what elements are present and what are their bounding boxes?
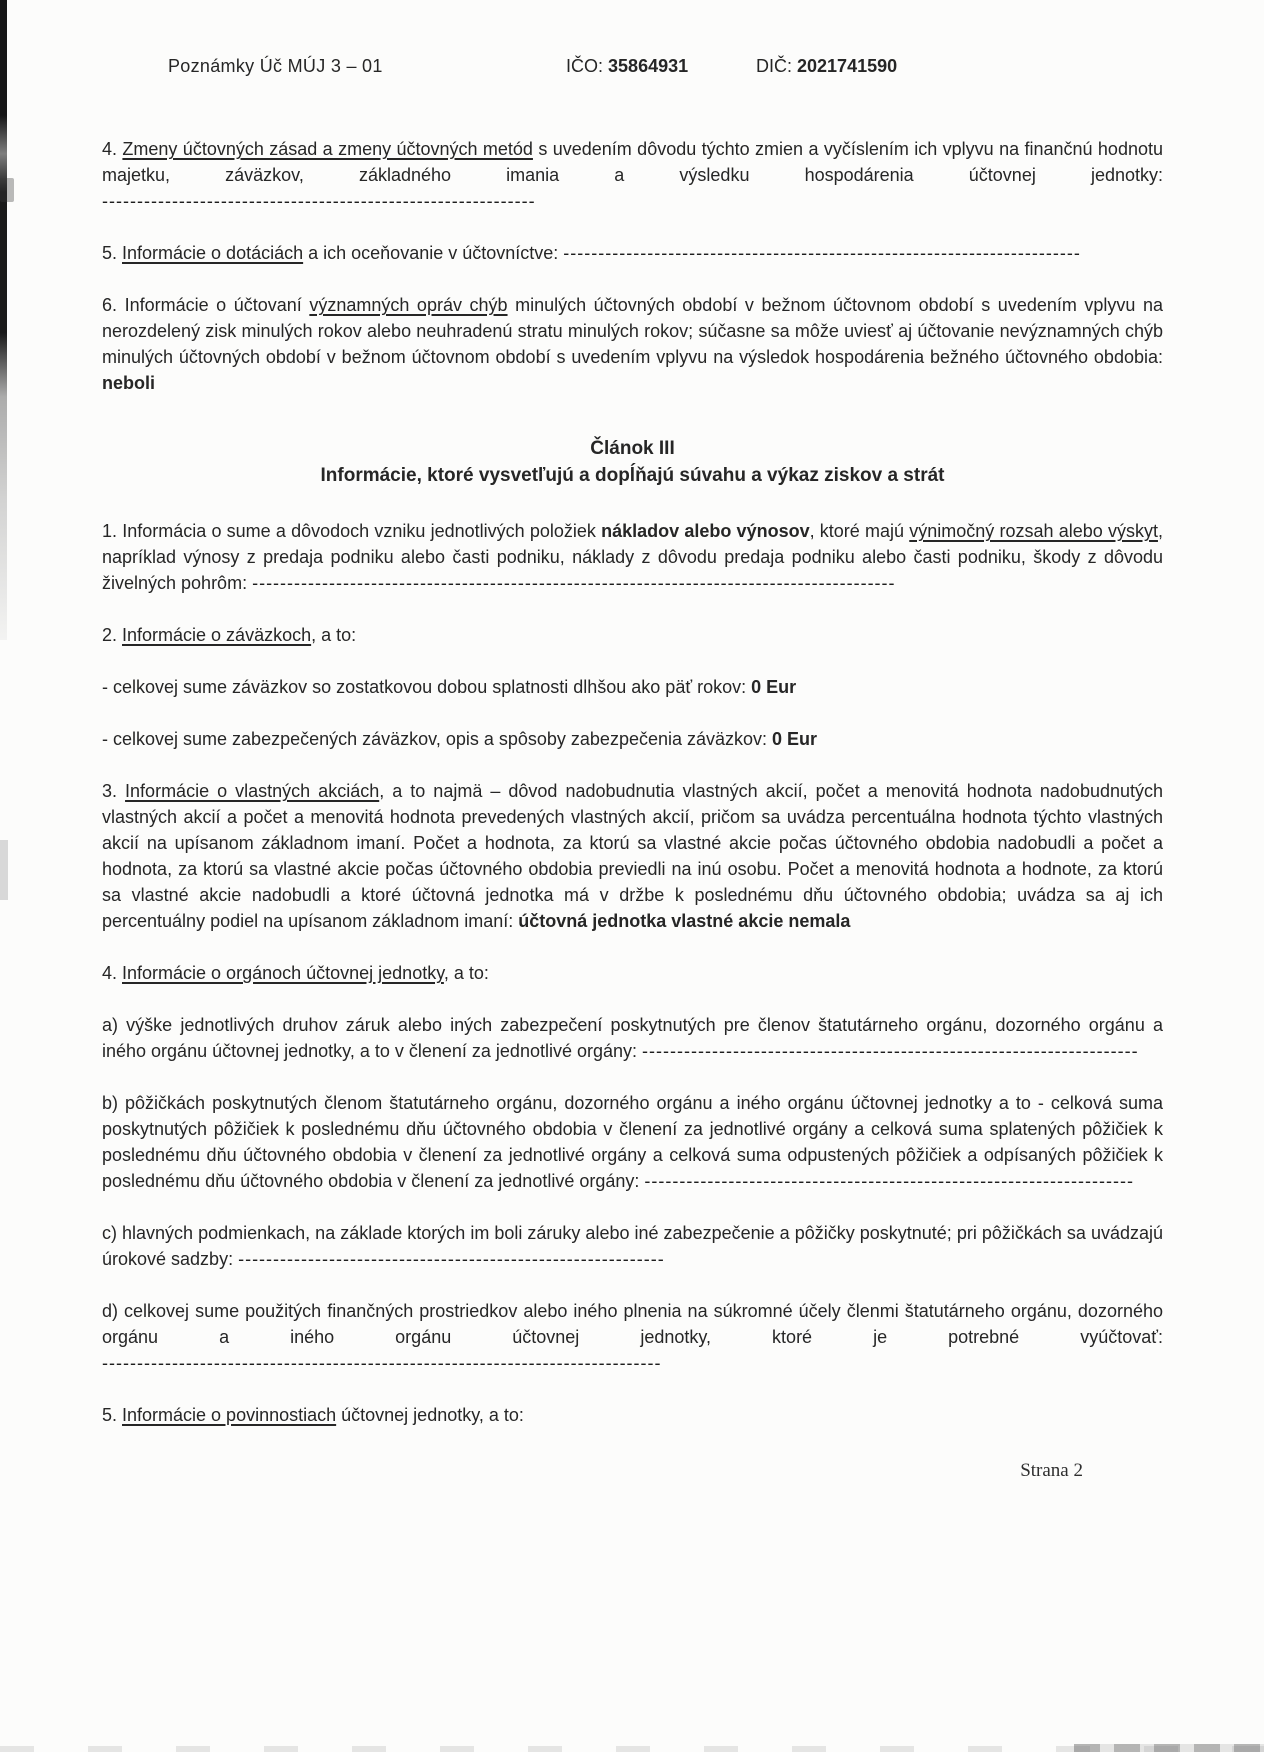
item-4-text: , a to: (444, 963, 489, 983)
article3-item-3: 3. Informácie o vlastných akciách, a to … (102, 778, 1163, 934)
item-2-title: Informácie o záväzkoch (122, 625, 311, 645)
dic-value: 2021741590 (797, 56, 897, 76)
dash-filler: ----------------------------------------… (238, 1249, 665, 1269)
item-1-underlined: výnimočný rozsah alebo výskyt (909, 521, 1158, 541)
bullet-2-text: - celkovej sume zabezpečených záväzkov, … (102, 729, 772, 749)
article3-item-5: 5. Informácie o povinnostiach účtovnej j… (102, 1402, 1163, 1428)
article3-item-4b: b) pôžičkách poskytnutých členom štatutá… (102, 1090, 1163, 1194)
item-number: 2. (102, 625, 122, 645)
note-item-5: 5. Informácie o dotáciách a ich oceňovan… (102, 240, 1163, 266)
document-content: Poznámky Úč MÚJ 3 – 01 IČO: 35864931 DIČ… (0, 0, 1264, 1484)
note-item-6-pre: Informácie o účtovaní (125, 295, 310, 315)
note-item-5-text: a ich oceňovanie v účtovníctve: (303, 243, 563, 263)
ico-field: IČO: 35864931 (566, 56, 688, 77)
item-1-text-2: , ktoré majú (810, 521, 910, 541)
item-3-title: Informácie o vlastných akciách (125, 781, 379, 801)
item-number: 4. (102, 963, 122, 983)
item-number: 5. (102, 1405, 122, 1425)
dash-filler: ----------------------------------------… (563, 243, 1081, 263)
item-number: 5. (102, 243, 122, 263)
page-header: Poznámky Úč MÚJ 3 – 01 IČO: 35864931 DIČ… (102, 56, 1163, 82)
form-title: Poznámky Úč MÚJ 3 – 01 (168, 56, 383, 77)
item-3-text: , a to najmä – dôvod nadobudnutia vlastn… (102, 781, 1163, 931)
item-2-text: , a to: (311, 625, 356, 645)
bullet-2-value: 0 Eur (772, 729, 817, 749)
item-number: 6. (102, 295, 125, 315)
note-item-6-answer: neboli (102, 373, 155, 393)
dash-filler: ----------------------------------------… (644, 1171, 1134, 1191)
ico-value: 35864931 (608, 56, 688, 76)
article3-item-2-bullet-1: - celkovej sume záväzkov so zostatkovou … (102, 674, 1163, 700)
article3-item-2: 2. Informácie o záväzkoch, a to: (102, 622, 1163, 648)
item-1-bold: nákladov alebo výnosov (601, 521, 809, 541)
article3-item-4: 4. Informácie o orgánoch účtovnej jednot… (102, 960, 1163, 986)
note-item-6: 6. Informácie o účtovaní významných oprá… (102, 292, 1163, 396)
item-3-answer: účtovná jednotka vlastné akcie nemala (518, 911, 850, 931)
item-4-title: Informácie o orgánoch účtovnej jednotky (122, 963, 444, 983)
note-item-5-title: Informácie o dotáciách (122, 243, 303, 263)
dash-filler: ----------------------------------------… (102, 1353, 662, 1373)
scan-edge-artifact-bottom-right (1074, 1744, 1264, 1752)
note-item-6-title: významných opráv chýb (309, 295, 507, 315)
dic-label: DIČ: (756, 56, 792, 76)
article3-item-4d: d) celkovej sume použitých finančných pr… (102, 1298, 1163, 1376)
dash-filler: ----------------------------------------… (642, 1041, 1139, 1061)
dic-field: DIČ: 2021741590 (756, 56, 897, 77)
item-1-text-1: Informácia o sume a dôvodoch vzniku jedn… (122, 521, 601, 541)
ico-label: IČO: (566, 56, 603, 76)
item-5-text: účtovnej jednotky, a to: (336, 1405, 524, 1425)
article3-item-4c: c) hlavných podmienkach, na základe ktor… (102, 1220, 1163, 1272)
item-number: 3. (102, 781, 125, 801)
bullet-1-value: 0 Eur (751, 677, 796, 697)
page-number: Strana 2 (102, 1458, 1163, 1484)
item-number: 4. (102, 139, 122, 159)
article3-item-4a: a) výške jednotlivých druhov záruk alebo… (102, 1012, 1163, 1064)
article3-item-2-bullet-2: - celkovej sume zabezpečených záväzkov, … (102, 726, 1163, 752)
bullet-1-text: - celkovej sume záväzkov so zostatkovou … (102, 677, 751, 697)
article-heading: Článok III (102, 436, 1163, 462)
note-item-4-title: Zmeny účtovných zásad a zmeny účtovných … (122, 139, 533, 159)
dash-filler: ----------------------------------------… (102, 191, 536, 211)
article3-item-1: 1. Informácia o sume a dôvodoch vzniku j… (102, 518, 1163, 596)
item-4d-text: d) celkovej sume použitých finančných pr… (102, 1301, 1163, 1347)
dash-filler: ----------------------------------------… (252, 573, 895, 593)
item-number: 1. (102, 521, 122, 541)
article-subheading: Informácie, ktoré vysvetľujú a dopĺňajú … (102, 462, 1163, 490)
scanned-document-page: Poznámky Úč MÚJ 3 – 01 IČO: 35864931 DIČ… (0, 0, 1264, 1752)
note-item-4: 4. Zmeny účtovných zásad a zmeny účtovný… (102, 136, 1163, 214)
item-5-title: Informácie o povinnostiach (122, 1405, 336, 1425)
